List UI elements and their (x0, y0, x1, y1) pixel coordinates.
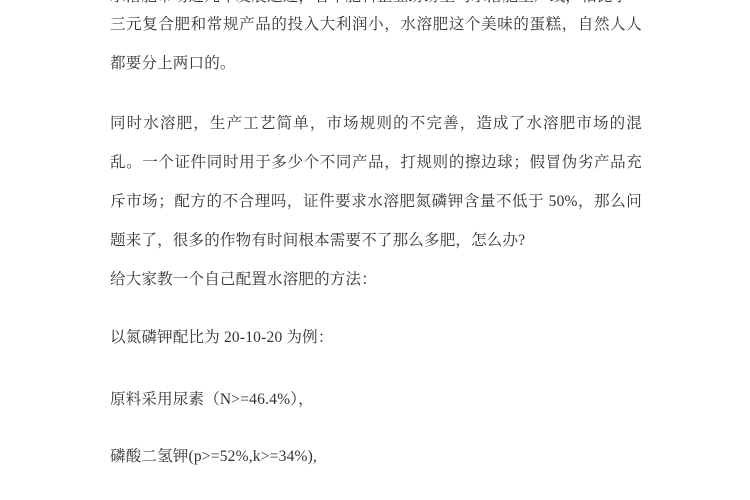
paragraph-npk-ratio-example: 以氮磷钾配比为 20-10-20 为例： (110, 318, 642, 357)
paragraph-raw-material-mkp: 磷酸二氢钾(p>=52%,k>=34%), (110, 437, 642, 476)
paragraph-method-intro: 给大家教一个自己配置水溶肥的方法： (110, 260, 642, 299)
paragraph-market-cake: 三元复合肥和常规产品的投入大利润小，水溶肥这个美味的蛋糕，自然人人都要分上两口的… (110, 5, 642, 83)
paragraph-market-chaos: 同时水溶肥，生产工艺简单，市场规则的不完善，造成了水溶肥市场的混乱。一个证件同时… (110, 104, 642, 260)
document-page: 水溶肥市场近几年发展迅速，各个肥料企业纷纷上马水溶肥生产线，相比于 三元复合肥和… (0, 0, 750, 500)
paragraph-raw-material-urea: 原料采用尿素（N>=46.4%）， (110, 380, 642, 419)
article-body: 三元复合肥和常规产品的投入大利润小，水溶肥这个美味的蛋糕，自然人人都要分上两口的… (110, 5, 642, 476)
